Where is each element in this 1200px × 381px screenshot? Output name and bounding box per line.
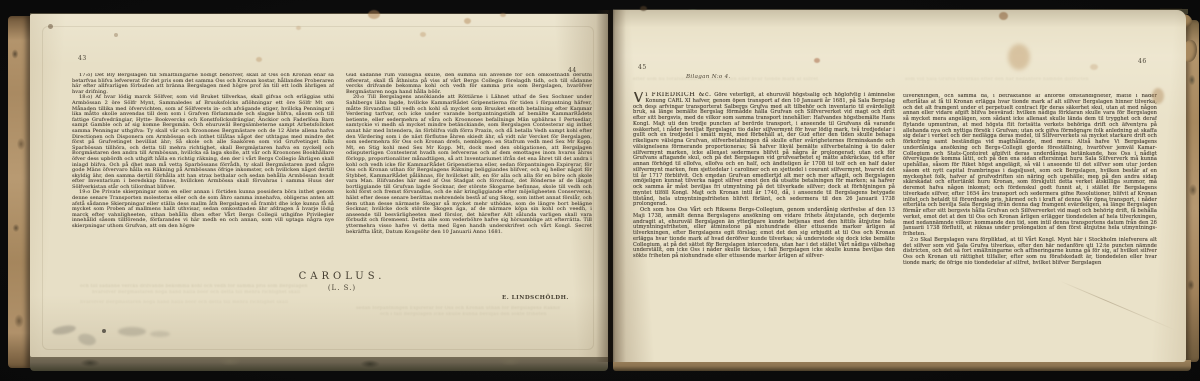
- showthrough-text: efter som nu förafskedadt är tiondedelen…: [633, 77, 895, 82]
- paragraph: tilverkningen, och samma då, i betraktan…: [903, 94, 1157, 238]
- foxing-stain: [420, 32, 426, 37]
- paragraph: Gud sådanne rum vällsigna skulle, den su…: [346, 73, 592, 95]
- foxing-stain: [114, 33, 118, 37]
- left-page-column-44: Gud sådanne rum vällsigna skulle, den su…: [346, 73, 592, 279]
- foxing-stain: [464, 18, 471, 24]
- foxing-stain: [500, 13, 506, 17]
- foxing-stain: [1090, 64, 1098, 70]
- foxing-stain-large: [1008, 44, 1030, 70]
- paragraph-text: Göre veterligit, at ehuruväl högstsalig …: [633, 92, 895, 207]
- left-page-column-43: 17:o) Det Bly Bergslagen till Smältninga…: [72, 73, 334, 273]
- left-page-stack-edge: [8, 16, 30, 368]
- showthrough-text: som vid Sala Grufva tilverkas efter den …: [905, 77, 1155, 82]
- foxing-stain: [296, 26, 301, 30]
- pencil-smudge: [150, 331, 170, 337]
- showthrough-text: och till sådanne vercks drifvande bekomm…: [80, 284, 328, 289]
- pencil-dot: [102, 329, 106, 333]
- showthrough-text: och i fall Bergslagen icke skulle kunna …: [380, 312, 550, 317]
- royal-signature-carolus: CAROLUS.: [272, 271, 412, 282]
- foxing-stain: [999, 12, 1008, 20]
- photo-of-open-book: 43 17:o) Det Bly Bergslagen till Smältni…: [0, 0, 1200, 381]
- paragraph: 19:o De Private skierpningar som en elle…: [72, 190, 334, 229]
- dropcap-letter-v: V: [633, 92, 645, 103]
- right-page-stack-edge: [1186, 20, 1199, 362]
- paragraph: 20:o Till Bergslagens ansökiande att Röt…: [346, 95, 592, 235]
- left-page-bottom-edge: [30, 355, 608, 371]
- foxing-stain: [48, 24, 53, 29]
- secretary-signature-lindschold: E. LINDSCHÖLDH.: [502, 295, 569, 301]
- showthrough-text: sedan förpantningen Expirerar för Oss oc…: [356, 306, 560, 311]
- page-number-46: 46: [1138, 58, 1147, 65]
- foxing-stain: [368, 10, 380, 19]
- foxing-stain: [814, 58, 820, 63]
- pencil-smudge: [118, 327, 146, 336]
- showthrough-text: hvaröfver Bergmästaren noga hand hålla b…: [80, 300, 310, 305]
- paragraph: 18:o) Af hvar lödig marck Sölfver, som v…: [72, 95, 334, 190]
- showthrough-text: hvaröfver Bergmästaren noga hand hålla b…: [92, 290, 312, 295]
- paragraph: 2:o Skal Bergslagen vara förpliktad, at …: [903, 238, 1157, 267]
- right-page-column-46: tilverkningen, och samma då, i betraktan…: [903, 94, 1157, 304]
- paragraph: 17:o) Det Bly Bergslagen till Smältninga…: [72, 73, 334, 95]
- foxing-stain: [640, 6, 647, 11]
- paragraph: Och som hos Oss Vårt och Riksens Bergs-C…: [633, 208, 895, 260]
- paragraph-with-dropcap: Vi FRIEDRICH &c. Göre veterligit, at ehu…: [633, 92, 895, 208]
- page-number-43: 43: [78, 55, 87, 62]
- page-number-45: 45: [638, 64, 647, 71]
- book-gutter-shadow: [596, 10, 626, 362]
- foxing-stain: [1152, 88, 1164, 104]
- right-page-column-45: Vi FRIEDRICH &c. Göre veterligit, at ehu…: [633, 92, 895, 310]
- foxing-stain: [256, 57, 262, 62]
